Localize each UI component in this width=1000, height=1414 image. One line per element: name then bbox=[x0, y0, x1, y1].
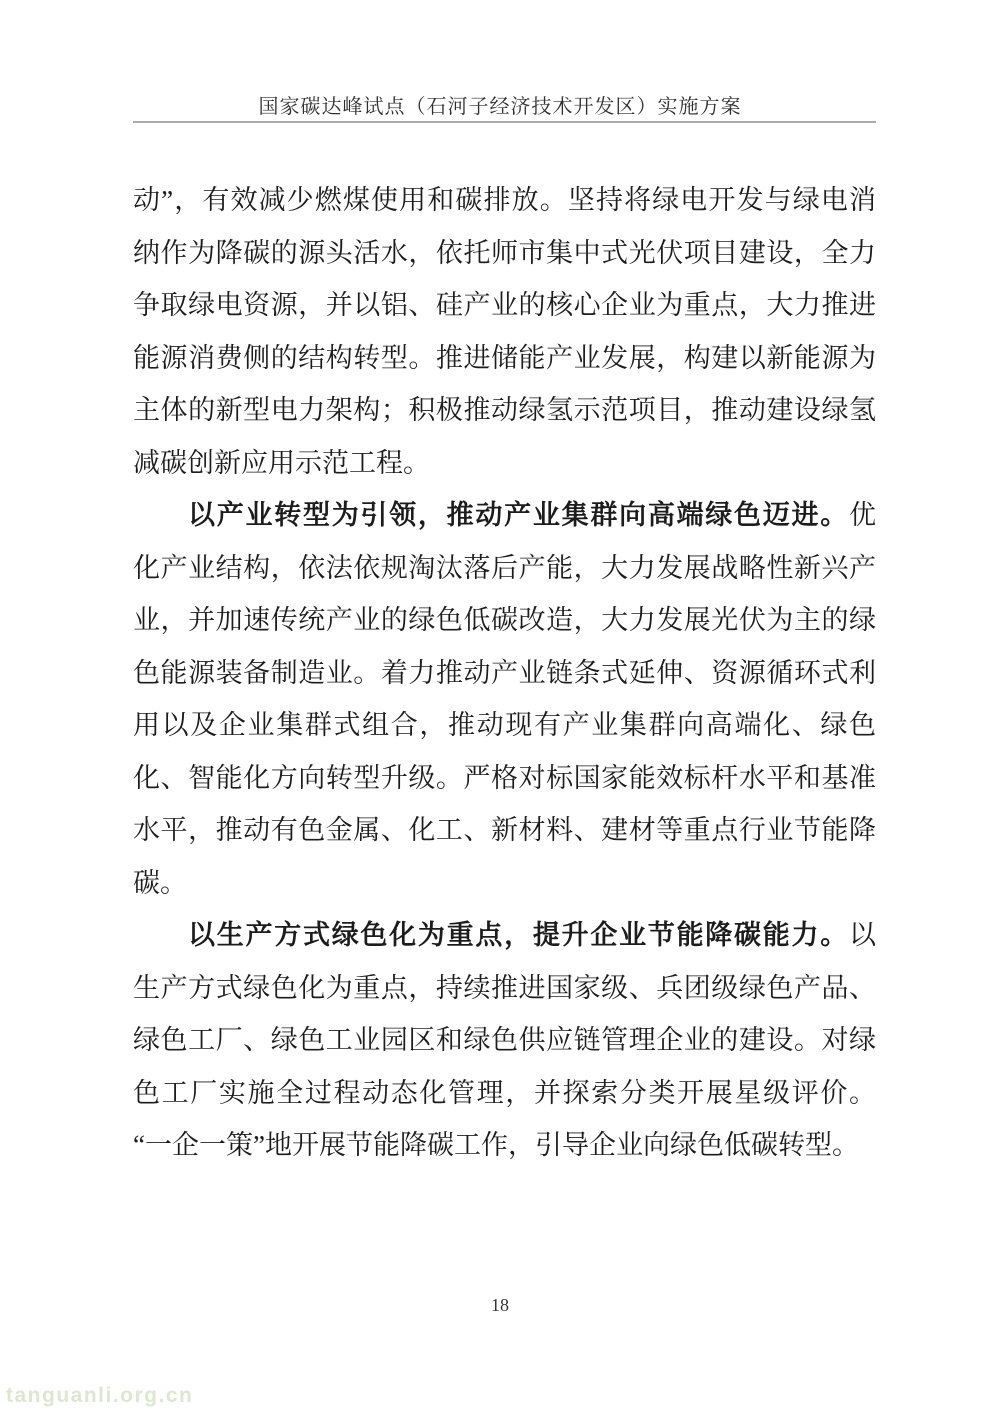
bold-text-segment: 以生产方式绿色化为重点，提升企业节能降碳能力。 bbox=[188, 920, 849, 950]
document-page: 国家碳达峰试点（石河子经济技术开发区）实施方案 动”，有效减少燃煤使用和碳排放。… bbox=[0, 0, 1000, 1414]
text-segment: 化、智能化方向转型升级。严格对标国家能效标杆水平和基准 bbox=[133, 763, 876, 793]
page-number: 18 bbox=[0, 1295, 1000, 1316]
text-segment: “一企一策”地开展节能降碳工作，引导企业向绿色低碳转型。 bbox=[133, 1130, 859, 1160]
text-segment: 绿色工厂、绿色工业园区和绿色供应链管理企业的建设。对绿 bbox=[133, 1025, 876, 1055]
watermark: tanguanli.org.cn bbox=[6, 1384, 193, 1408]
text-line: 能源消费侧的结构转型。推进储能产业发展，构建以新能源为 bbox=[133, 332, 876, 385]
text-line: 减碳创新应用示范工程。 bbox=[133, 437, 876, 490]
page-header-title: 国家碳达峰试点（石河子经济技术开发区）实施方案 bbox=[0, 90, 1000, 119]
text-segment: 色能源装备制造业。着力推动产业链条式延伸、资源循环式利 bbox=[133, 658, 876, 688]
header-rule bbox=[133, 121, 876, 123]
text-segment: 以 bbox=[849, 920, 876, 950]
text-segment: 主体的新型电力架构；积极推动绿氢示范项目，推动建设绿氢 bbox=[133, 395, 876, 425]
text-segment: 碳。 bbox=[133, 868, 187, 898]
text-line: 动”，有效减少燃煤使用和碳排放。坚持将绿电开发与绿电消 bbox=[133, 174, 876, 227]
text-line: 色工厂实施全过程动态化管理，并探索分类开展星级评价。 bbox=[133, 1067, 876, 1120]
text-segment: 化产业结构，依法依规淘汰落后产能，大力发展战略性新兴产 bbox=[133, 553, 876, 583]
text-line: “一企一策”地开展节能降碳工作，引导企业向绿色低碳转型。 bbox=[133, 1119, 876, 1172]
text-line: 业，并加速传统产业的绿色低碳改造，大力发展光伏为主的绿 bbox=[133, 594, 876, 647]
text-segment: 争取绿电资源，并以铝、硅产业的核心企业为重点，大力推进 bbox=[133, 290, 876, 320]
text-segment: 生产方式绿色化为重点，持续推进国家级、兵团级绿色产品、 bbox=[133, 973, 876, 1003]
text-line: 主体的新型电力架构；积极推动绿氢示范项目，推动建设绿氢 bbox=[133, 384, 876, 437]
text-line: 以生产方式绿色化为重点，提升企业节能降碳能力。以 bbox=[133, 909, 876, 962]
text-segment: 动”，有效减少燃煤使用和碳排放。坚持将绿电开发与绿电消 bbox=[133, 185, 876, 215]
text-line: 化、智能化方向转型升级。严格对标国家能效标杆水平和基准 bbox=[133, 752, 876, 805]
text-segment: 能源消费侧的结构转型。推进储能产业发展，构建以新能源为 bbox=[133, 343, 876, 373]
text-segment: 用以及企业集群式组合，推动现有产业集群向高端化、绿色 bbox=[133, 710, 876, 740]
bold-text-segment: 以产业转型为引领，推动产业集群向高端绿色迈进。 bbox=[188, 500, 849, 530]
text-line: 水平，推动有色金属、化工、新材料、建材等重点行业节能降 bbox=[133, 804, 876, 857]
text-line: 用以及企业集群式组合，推动现有产业集群向高端化、绿色 bbox=[133, 699, 876, 752]
text-line: 碳。 bbox=[133, 857, 876, 910]
text-line: 色能源装备制造业。着力推动产业链条式延伸、资源循环式利 bbox=[133, 647, 876, 700]
text-line: 生产方式绿色化为重点，持续推进国家级、兵团级绿色产品、 bbox=[133, 962, 876, 1015]
text-line: 纳作为降碳的源头活水，依托师市集中式光伏项目建设，全力 bbox=[133, 227, 876, 280]
text-line: 以产业转型为引领，推动产业集群向高端绿色迈进。优 bbox=[133, 489, 876, 542]
text-segment: 色工厂实施全过程动态化管理，并探索分类开展星级评价。 bbox=[133, 1078, 876, 1108]
text-segment: 业，并加速传统产业的绿色低碳改造，大力发展光伏为主的绿 bbox=[133, 605, 876, 635]
text-line: 争取绿电资源，并以铝、硅产业的核心企业为重点，大力推进 bbox=[133, 279, 876, 332]
text-line: 化产业结构，依法依规淘汰落后产能，大力发展战略性新兴产 bbox=[133, 542, 876, 595]
text-segment: 纳作为降碳的源头活水，依托师市集中式光伏项目建设，全力 bbox=[133, 238, 876, 268]
text-line: 绿色工厂、绿色工业园区和绿色供应链管理企业的建设。对绿 bbox=[133, 1014, 876, 1067]
document-body: 动”，有效减少燃煤使用和碳排放。坚持将绿电开发与绿电消纳作为降碳的源头活水，依托… bbox=[133, 174, 876, 1172]
text-segment: 减碳创新应用示范工程。 bbox=[133, 448, 430, 478]
text-segment: 水平，推动有色金属、化工、新材料、建材等重点行业节能降 bbox=[133, 815, 876, 845]
text-segment: 优 bbox=[849, 500, 876, 530]
